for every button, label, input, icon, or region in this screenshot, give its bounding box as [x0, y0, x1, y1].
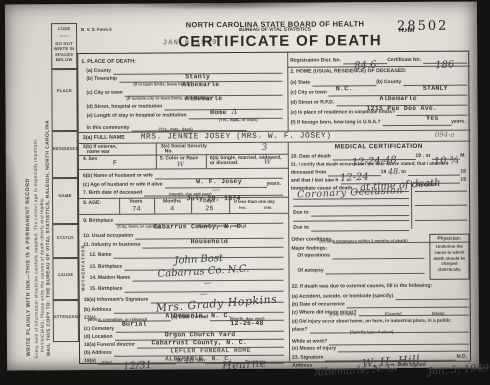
- birth-date-line: July 28, 1874: [144, 187, 283, 197]
- where-injury-note-county: (County): [385, 312, 402, 317]
- physician-box-body: Underline the cause to which death shoul…: [430, 243, 468, 274]
- informant-signature-line: Mrs. Grady Hopkins: [150, 294, 284, 304]
- attendant-box-label: ATTENDANT: [54, 301, 78, 320]
- corporate-limits-label: (e) Is place of residence in corporate l…: [291, 110, 396, 116]
- mother-name-label: 14. Maiden Name: [90, 276, 131, 282]
- res-city-label: (c) City or town: [290, 91, 326, 97]
- city-label: (c) City or town: [86, 91, 122, 97]
- age-label: 8. AGE:: [83, 201, 101, 207]
- of-operations-line: [332, 250, 425, 260]
- age-days-value: 26: [205, 205, 213, 213]
- date-of-death-line: 12-24-48: [333, 151, 416, 161]
- sex-value: F: [113, 160, 117, 168]
- due-to-label-2: Due to: [293, 226, 309, 232]
- date-of-death-label: 20. Date of death: [291, 155, 331, 161]
- margin-instruction-permanent-record: WRITE PLAINLY WITH INK—THIS IS A PERMANE…: [26, 178, 32, 356]
- code-box-dash: ——: [52, 31, 76, 39]
- other-conditions-note: (Include pregnancy within 3 months of de…: [319, 239, 407, 244]
- birthplace-note-2: (State or foreign country): [197, 224, 246, 229]
- mother-birthplace-line: —: [124, 283, 283, 293]
- age-cell-divider: [154, 198, 155, 214]
- duration-rule: [415, 191, 467, 192]
- place-box-label: PLACE: [52, 70, 76, 94]
- meridiem-label: M.: [460, 154, 466, 160]
- full-name-value: MRS. JENNIE JOSEY (MRS. W. F. JOSEY): [141, 131, 332, 141]
- margin-instruction-physicians: PHYSICIANS: Please write the causes of d…: [40, 197, 46, 352]
- physician-box-title: Physician:: [430, 235, 468, 243]
- mother-rotated-label: MOTHER: [81, 267, 85, 291]
- code-box-label: CODE: [52, 24, 76, 32]
- scan-smudge: [115, 2, 335, 10]
- registrar-sub-note: Registrar: [245, 360, 263, 365]
- registration-dist-line: 84.6: [343, 55, 387, 64]
- full-name-label: 3(a) FULL NAME: [83, 135, 125, 141]
- serial-number-stamp: 28502: [397, 19, 448, 34]
- age-less-than-day-label: If less than one day: [234, 199, 275, 204]
- code-box: CODE —— DO NOT WRITE IN SPACES BELOW: [51, 23, 77, 69]
- certificate-no-value: 186: [435, 59, 455, 71]
- registrar-sub-label: (b): [197, 358, 203, 364]
- res-street-line: 1215 Pee Dee Ave.: [336, 97, 467, 107]
- status-box: STATUS: [52, 224, 78, 258]
- age-years-value: 74: [132, 206, 140, 214]
- date-signed-value: Jan. 5, 1949: [428, 363, 489, 378]
- code-box-do-not-write: DO NOT WRITE IN SPACES BELOW: [52, 39, 76, 63]
- registration-dist-label: Registration Dist. No.: [290, 59, 341, 65]
- township-label: (b) Township: [86, 77, 117, 83]
- physician-instruction-box: Physician: Underline the cause to which …: [429, 234, 469, 280]
- foreign-born-line: [383, 117, 452, 126]
- marital-value: W: [264, 158, 271, 166]
- injury-place-note: (Specify type of place): [350, 330, 393, 335]
- injury-place-label-2: place?: [292, 328, 308, 334]
- due-to-line-1: [311, 207, 409, 217]
- state-line: N.C.: [312, 77, 376, 86]
- section-place-of-death: 1. PLACE OF DEATH:: [81, 59, 136, 66]
- ssn-handwritten-mark: 3: [261, 142, 268, 153]
- age-cell-divider: [119, 198, 120, 214]
- disposition-note: (Burial, cremation, or removal): [88, 318, 147, 323]
- birth-date-label: 7. Birth date of deceased: [83, 191, 142, 197]
- due-to-label-1: Due to: [293, 211, 309, 217]
- veteran-label-2: name war: [87, 150, 110, 156]
- cell-divider: [156, 143, 157, 169]
- age-hrs-label: hrs.: [239, 206, 247, 211]
- date-of-death-year-prefix: 19: [415, 154, 421, 160]
- race-value: W: [177, 160, 184, 168]
- foreign-born-label: (f) If foreign born, how long in U.S.A.?: [291, 120, 381, 126]
- of-autopsy-line: [326, 265, 425, 275]
- mother-birthplace-label: 15. Birthplace: [90, 287, 123, 293]
- cause-rule: [293, 198, 409, 200]
- certificate-no-label: Certificate No.: [387, 58, 421, 64]
- duration-header: Duration: [417, 183, 438, 189]
- mother-name-line: —: [132, 272, 283, 282]
- due-to-line-2: [311, 222, 409, 232]
- physician-address-label: Address: [292, 364, 312, 370]
- attendant-box: ATTENDANT: [53, 300, 79, 342]
- cause-box: CAUSE: [52, 258, 78, 300]
- certificate-form: 1. PLACE OF DEATH: (a) CountyStanly (b) …: [77, 51, 471, 364]
- res-county-line: STANLY: [403, 77, 467, 86]
- filed-year-value: 48: [184, 355, 194, 364]
- scanned-death-certificate: { "scan": { "margin": { "l1": "WRITE PLA…: [0, 0, 490, 385]
- cause-box-label: CAUSE: [53, 259, 77, 278]
- where-injury-note-state: (State): [432, 312, 445, 317]
- disposition-date-label: (b) Date thereof: [171, 315, 208, 321]
- age-months-header: Months: [163, 199, 181, 205]
- of-autopsy-label: Of autopsy: [298, 269, 324, 275]
- where-injury-line: [358, 307, 468, 317]
- industry-label: 11. Industry or business: [83, 243, 140, 249]
- of-operations-label: Of operations: [297, 254, 330, 260]
- external-causes-label: 22. If death was due to external causes,…: [292, 284, 433, 291]
- duration-rule: [415, 220, 467, 221]
- father-birthplace-line: Cabarrus Co. N.C.: [124, 261, 283, 271]
- name-box-label: NAME: [53, 179, 77, 199]
- scan-smudge: [6, 154, 21, 314]
- where-injury-note-city: (City or town): [330, 312, 356, 317]
- time-line: 10 ¾: [432, 151, 460, 160]
- certificate-no-line: 186: [423, 55, 467, 64]
- name-box: NAME: [52, 178, 78, 224]
- filed-label: 19(a): [84, 359, 96, 365]
- residence-box-label: RESIDENCE: [53, 132, 77, 152]
- certificate-title: CERTIFICATE OF DEATH: [145, 33, 415, 50]
- age-days-header: Days: [203, 199, 215, 205]
- res-city-line: Albemarle: [329, 87, 468, 97]
- father-birthplace-label: 13. Birthplace: [89, 265, 122, 271]
- res-county-label: (b) County: [376, 80, 401, 86]
- place-box: PLACE: [51, 69, 77, 131]
- father-rotated-label: FATHER: [81, 245, 85, 267]
- column-divider: [287, 53, 288, 131]
- cell-divider: [206, 154, 207, 168]
- date-signed-line: Jan. 5, 1949: [428, 359, 489, 368]
- birthplace-label: 9. Birthplace: [83, 219, 113, 225]
- community-label: In this community: [87, 126, 130, 132]
- page-annotation: 094-a: [435, 131, 455, 139]
- birth-date-note: (month, day and year): [169, 192, 212, 197]
- at-label: , at: [423, 154, 430, 160]
- filed-date-value: 12/31: [122, 360, 151, 373]
- father-name-label: 12. Name: [89, 253, 111, 259]
- informant-signature-label: 16(a) Informant's Signature: [84, 298, 149, 304]
- column-divider: [288, 142, 290, 363]
- years-label: years.: [451, 120, 466, 126]
- age-months-value: 4: [170, 205, 174, 213]
- disposition-date-note: (Month, day, year): [230, 317, 265, 322]
- duration-rule: [415, 205, 467, 206]
- certificate-paper: WRITE PLAINLY WITH INK—THIS IS A PERMANE…: [5, 2, 479, 371]
- physician-address-line: Albemarle, N. C.: [314, 360, 397, 370]
- marital-label-2: or divorced.: [210, 161, 239, 167]
- physician-address-value: Albemarle, N. C.: [314, 363, 398, 379]
- form-number: B. V. S. Form 5: [81, 27, 112, 32]
- res-street-label: (d) Street or R.F.D.: [290, 101, 334, 107]
- industry-line: [143, 239, 284, 249]
- section-home-residence: 2. HOME (USUAL RESIDENCE) OF DECEASED:: [290, 69, 406, 76]
- birthplace-note-1: (City, town, or county): [117, 225, 160, 230]
- age-min-label: min.: [264, 206, 272, 211]
- sex-label: 4. Sex: [83, 157, 98, 163]
- date-signed-label: Date signed: [397, 363, 425, 369]
- status-box-label: STATUS: [53, 225, 77, 241]
- father-name-line: John Bost: [113, 249, 283, 259]
- stay-label: (e) Length of stay in hospital or instit…: [87, 114, 187, 120]
- community-note: (Yrs., mos., days): [159, 127, 193, 132]
- residence-box: RESIDENCE: [52, 131, 78, 178]
- state-label: (a) State: [290, 81, 310, 87]
- ssn-label-2: No.: [165, 149, 173, 155]
- last-saw-year-prefix: 19: [460, 178, 466, 184]
- filed-year-prefix: 19: [176, 359, 182, 365]
- corporate-limits-line: Yes: [397, 107, 468, 116]
- age-years-header: Years: [129, 200, 142, 206]
- filed-sub-note: Filed: [102, 361, 112, 366]
